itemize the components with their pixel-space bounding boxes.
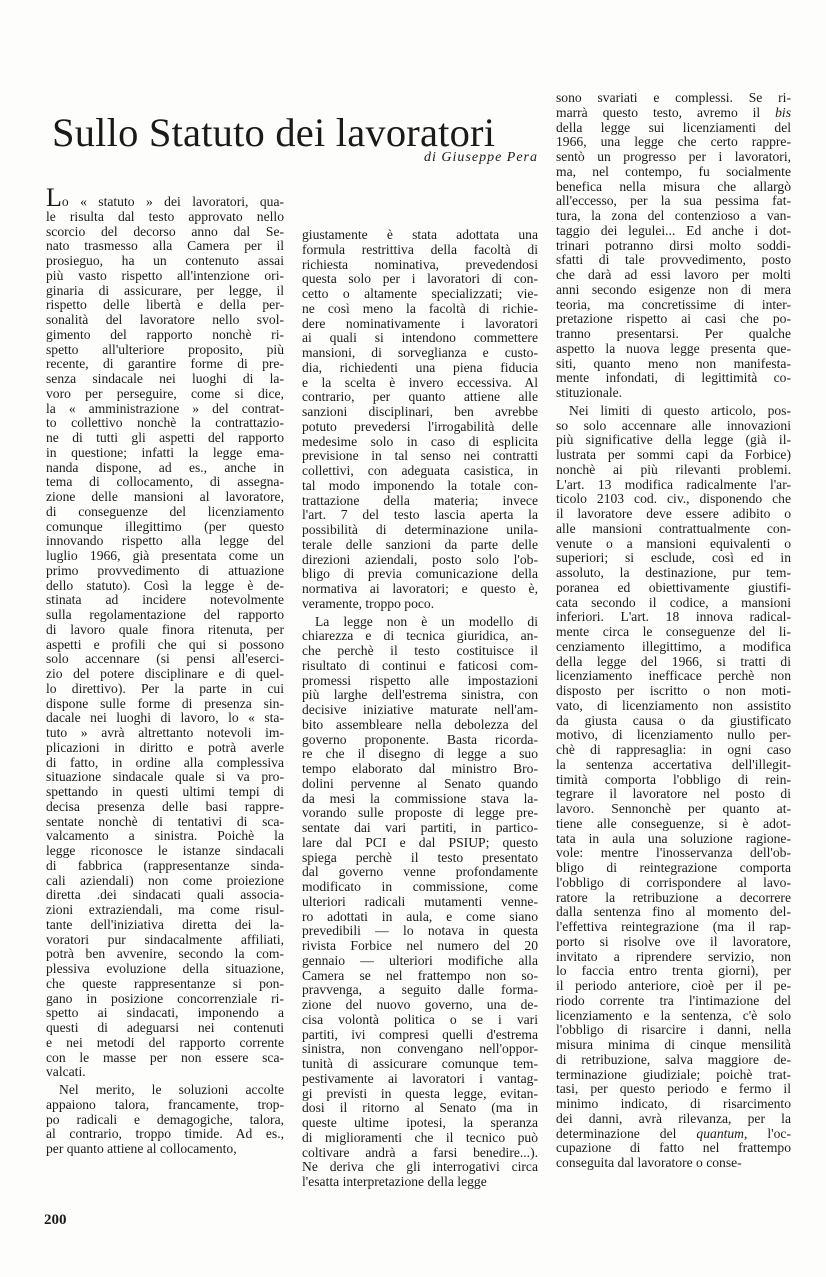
text-line: plicazioni in diritto e potrà averle [46, 741, 284, 756]
text-line: teoria, ma concretissime di inter- [556, 298, 791, 313]
text-line: le risulta dal testo approvato nello [46, 210, 284, 225]
text-line: to collettivo nonchè la contrattazio- [46, 416, 284, 431]
text-line: zioni extraziendali, ma come risul- [46, 903, 284, 918]
text-line: pretazione rispetto ai casi che po- [556, 312, 791, 327]
text-line: ratore la retribuzione a decorrere [556, 891, 791, 906]
text-line: giustamente è stata adottata una [302, 228, 538, 243]
text-line: ulteriori radicali mutamenti venne- [302, 895, 538, 910]
text-line: re che il disegno di legge a suo [302, 747, 538, 762]
paragraph: Nel merito, le soluzioni accolteappaiono… [46, 1083, 284, 1157]
text-line: e la scelta è invero eccessiva. Al [302, 376, 538, 391]
text-line: spiega perchè il testo presentato [302, 851, 538, 866]
text-line: bligo di previa comunicazione della [302, 567, 538, 582]
text-line: lo direttivo). Per la parte in cui [46, 682, 284, 697]
text-line: voro per perseguire, come si dice, [46, 387, 284, 402]
paragraph: La legge non è un modello dichiarezza e … [302, 615, 538, 1190]
text-line: pravvenga, a seguito dalle forma- [302, 983, 538, 998]
text-line: sulla regolamentazione del rapporto [46, 608, 284, 623]
text-line: solo accennare (si pensi all'eserci- [46, 652, 284, 667]
text-line: lare dal PCI e dal PSIUP; questo [302, 836, 538, 851]
text-line: tiene alle conseguenze, si è adot- [556, 817, 791, 832]
text-line: nonchè ai più rilevanti problemi. [556, 463, 791, 478]
text-line: misura minima di cinque mensilità [556, 1038, 791, 1053]
text-line: di lavoro quale finora ritenuta, per [46, 623, 284, 638]
text-line: vorando sulle proposte di legge pre- [302, 806, 538, 821]
text-line: questa solo per i lavoratori di con- [302, 272, 538, 287]
text-line: stinata ad incidere notevolmente [46, 593, 284, 608]
text-line: risultato di continui e faticosi com- [302, 659, 538, 674]
text-line: richiesta nominativa, prevedendosi [302, 258, 538, 273]
text-line: tante dell'iniziativa diretta dei la- [46, 918, 284, 933]
text-line: da giusta causa o da giustificato [556, 714, 791, 729]
article-column-2: giustamente è stata adottata unaformula … [302, 228, 538, 1190]
text-line: gennaio — ulteriori modifiche alla [302, 954, 538, 969]
text-line: modificato in commissione, come [302, 880, 538, 895]
text-line: licenziamento e la sentenza, c'è solo [556, 1009, 791, 1024]
text-line: La legge non è un modello di [302, 615, 538, 630]
text-line: legge riconosce le istanze sindacali [46, 844, 284, 859]
text-line: più significative della legge (già il- [556, 433, 791, 448]
text-line: ai quali si intendono commettere [302, 331, 538, 346]
text-line: determinazione del quantum, l'oc- [556, 1127, 791, 1142]
text-line: cisa volontà politica o se i vari [302, 1013, 538, 1028]
text-line: partiti, ivi compresi quelli d'estrema [302, 1028, 538, 1043]
text-line: promessi rispetto alle impostazioni [302, 674, 538, 689]
text-line: contrario, per quanto attiene alle [302, 390, 538, 405]
text-line: con le masse per non essere sca- [46, 1051, 284, 1066]
text-line: spetto all'ulteriore proposito, più [46, 343, 284, 358]
text-line: decisive iniziative maturate nell'am- [302, 703, 538, 718]
text-line: governo proponente. Basta ricorda- [302, 733, 538, 748]
text-line: Ne deriva che gli interrogativi circa [302, 1160, 538, 1175]
text-line: per quanto attiene al collocamento, [46, 1142, 284, 1157]
text-line: della legge del 1966, si tratti di [556, 655, 791, 670]
text-line: riodo corrente tra l'intimazione del [556, 994, 791, 1009]
text-line: gimento del rapporto nonchè ri- [46, 328, 284, 343]
text-line: prosieguo, ha un contenuto assai [46, 254, 284, 269]
article-column-3: sono svariati e complessi. Se ri-marrà q… [556, 91, 791, 1171]
text-line: dispone sulle forme di presenza sin- [46, 697, 284, 712]
paragraph: giustamente è stata adottata unaformula … [302, 228, 538, 612]
text-line: chè di rappresaglia: in ogni caso [556, 743, 791, 758]
text-line: spetto ai sindacati, imponendo a [46, 1006, 284, 1021]
text-line: lavoro. Sennonchè per quanto at- [556, 802, 791, 817]
text-line: situazione sindacale quale si va pro- [46, 770, 284, 785]
text-line: alle mansioni contrattualmente con- [556, 522, 791, 537]
text-line: inferiori. L'art. 18 innova radical- [556, 610, 791, 625]
text-line: scorcio del decorso anno dal Se- [46, 225, 284, 240]
text-line: rivista Forbice nel numero del 20 [302, 939, 538, 954]
text-line: zione del nuovo governo, una de- [302, 998, 538, 1013]
text-line: di conseguenze del licenziamento [46, 505, 284, 520]
text-line: normativa ai lavoratori; e questo è, [302, 582, 538, 597]
text-line: aspetto la nuova legge presenta que- [556, 342, 791, 357]
text-line: tal modo imponendo la totale con- [302, 479, 538, 494]
text-line: invitato a riprendere servizio, non [556, 950, 791, 965]
text-line: di fatto, in ordine alla complessiva [46, 756, 284, 771]
text-line: so solo accennare alle innovazioni [556, 419, 791, 434]
text-line: ticolo 2103 cod. civ., disponendo che [556, 492, 791, 507]
text-line: che queste rappresentanze si pon- [46, 977, 284, 992]
text-line: della legge sui licenziamenti del [556, 121, 791, 136]
text-line: po radicali e demagogiche, talora, [46, 1113, 284, 1128]
text-line: anni secondo esigenze non di mera [556, 283, 791, 298]
text-line: previsione in tal senso nei contratti [302, 449, 538, 464]
text-line: comunque illegittimo (per questo [46, 520, 284, 535]
text-line: motivo, di licenziamento nullo per- [556, 728, 791, 743]
text-line: il lavoratore deve essere adibito o [556, 507, 791, 522]
text-line: tura, la zona del contenzioso a van- [556, 209, 791, 224]
text-line: trinari potranno dirsi molto soddi- [556, 239, 791, 254]
text-line: poranea ed obiettivamente giustifi- [556, 581, 791, 596]
paragraph: Lo « statuto » dei lavoratori, qua-le ri… [46, 191, 284, 1080]
text-line: sinistra, non convengano nell'oppor- [302, 1042, 538, 1057]
text-line: zio del potere disciplinare e di quel- [46, 667, 284, 682]
text-line: tegrare il lavoratore nel posto di [556, 787, 791, 802]
text-line: dia, richiedenti una piena fiducia [302, 361, 538, 376]
text-line: cali aziendali) non come proiezione [46, 874, 284, 889]
text-line: da mesi la commissione stava la- [302, 792, 538, 807]
paragraph: Nei limiti di questo articolo, pos-so so… [556, 404, 791, 1171]
text-line: nato trasmesso alla Camera per il [46, 239, 284, 254]
text-line: di retribuzione, salva maggiore de- [556, 1053, 791, 1068]
text-line: mansioni, di sorveglianza e custo- [302, 346, 538, 361]
article-column-1: Lo « statuto » dei lavoratori, qua-le ri… [46, 191, 284, 1157]
text-line: appaiono talora, francamente, trop- [46, 1098, 284, 1113]
text-line: dere nominativamente i lavoratori [302, 317, 538, 332]
text-line: il periodo anteriore, cioè per il pe- [556, 979, 791, 994]
text-line: Lo « statuto » dei lavoratori, qua- [46, 191, 284, 210]
text-line: tranno presentarsi. Per qualche [556, 327, 791, 342]
text-line: bito assembleare nella debolezza del [302, 718, 538, 733]
text-line: medesime solo in caso di esplicita [302, 435, 538, 450]
text-line: spettando in questi ultimi tempi di [46, 785, 284, 800]
text-line: zione delle mansioni al lavoratore, [46, 490, 284, 505]
text-line: sanzioni disciplinari, ben avrebbe [302, 405, 538, 420]
text-line: sono svariati e complessi. Se ri- [556, 91, 791, 106]
text-line: cupazione di fatto nel frattempo [556, 1141, 791, 1156]
text-line: direzioni aziendali, posto solo l'ob- [302, 553, 538, 568]
text-line: terminazione giudiziale; poichè trat- [556, 1068, 791, 1083]
text-line: L'art. 13 modifica radicalmente l'ar- [556, 478, 791, 493]
text-line: queste ultime ipotesi, la speranza [302, 1116, 538, 1131]
text-line: stituzionale. [556, 386, 791, 401]
text-line: gi previsti in questa legge, evitan- [302, 1087, 538, 1102]
text-line: dalla sentenza fino al momento del- [556, 905, 791, 920]
text-line: Camera se nel frattempo non so- [302, 969, 538, 984]
text-line: ro adottati in aula, e come siano [302, 910, 538, 925]
text-line: siti, quanto meno non manifesta- [556, 357, 791, 372]
text-line: lustrata per sommi capi da Forbice) [556, 448, 791, 463]
text-line: decisa presenza delle basi rappre- [46, 800, 284, 815]
article-byline: di Giuseppe Pera [380, 150, 538, 166]
text-line: primo provvedimento di attuazione [46, 564, 284, 579]
text-line: tasi, per questo periodo e fermo il [556, 1082, 791, 1097]
text-line: possibilità di determinazione unila- [302, 523, 538, 538]
text-line: vato, di licenziamento non assistito [556, 699, 791, 714]
text-line: coltivare andrà a farsi benedire...). [302, 1146, 538, 1161]
text-line: diretta .dei sindacati quali associa- [46, 888, 284, 903]
text-line: l'art. 7 del testo lascia aperta la [302, 508, 538, 523]
text-line: terale delle sanzioni da parte delle [302, 538, 538, 553]
text-line: la sentenza accertativa dell'illegit- [556, 758, 791, 773]
text-line: tunità di assicurare comunque tem- [302, 1057, 538, 1072]
text-line: l'effettiva reintegrazione (ma il rap- [556, 920, 791, 935]
text-line: che darà ad essi lavoro per molti [556, 268, 791, 283]
text-line: ne così meno la facoltà di richie- [302, 302, 538, 317]
page-number: 200 [44, 1212, 67, 1229]
text-line: valcati. [46, 1065, 284, 1080]
text-line: 1966, una legge che certo rappre- [556, 135, 791, 150]
text-line: innovando rispetto alla legge del [46, 534, 284, 549]
text-line: rispetto delle libertà e della per- [46, 298, 284, 313]
text-line: cetto o altamente specializzati; vie- [302, 287, 538, 302]
text-line: valcamento a sinistra. Poichè la [46, 829, 284, 844]
text-line: conseguita dal lavoratore o conse- [556, 1156, 791, 1171]
text-line: l'esatta interpretazione della legge [302, 1175, 538, 1190]
text-line: dei danni, avrà rilevanza, per la [556, 1112, 791, 1127]
text-line: potuto prevedersi l'irrogabilità delle [302, 420, 538, 435]
text-line: voratori pur sindacalmente affiliati, [46, 933, 284, 948]
text-line: lo faccia entro trenta giorni), per [556, 964, 791, 979]
text-line: sentate nonchè di tentativi di sca- [46, 815, 284, 830]
text-line: cenziamento illegittimo, a modifica [556, 640, 791, 655]
text-line: Nei limiti di questo articolo, pos- [556, 404, 791, 419]
drop-cap: L [46, 183, 62, 212]
text-line: che perchè il testo costituisce il [302, 644, 538, 659]
text-line: disposto per iscritto o non moti- [556, 684, 791, 699]
text-line: pestivamente ai lavoratori i vantag- [302, 1072, 538, 1087]
text-line: l'obbligo di risarcire i danni, nella [556, 1023, 791, 1038]
text-line: senza sindacale nei luoghi di la- [46, 372, 284, 387]
text-line: chiarezza e di tecnica giuridica, an- [302, 629, 538, 644]
text-line: sentate dai vari partiti, in partico- [302, 821, 538, 836]
text-line: cata secondo il codice, a mansioni [556, 596, 791, 611]
text-line: dosi il ritorno al Senato (ma in [302, 1101, 538, 1116]
text-line: plessiva evoluzione della situazione, [46, 962, 284, 977]
text-line: minimo indicato, di risarcimento [556, 1097, 791, 1112]
text-line: di fabbrica (rappresentanze sinda- [46, 859, 284, 874]
text-line: in questione; infatti la legge ema- [46, 446, 284, 461]
text-line: più larghe dell'estrema sinistra, con [302, 688, 538, 703]
text-line: ne di tutti gli aspetti del rapporto [46, 431, 284, 446]
text-line: questi di adeguarsi nei contenuti [46, 1021, 284, 1036]
text-line: sonalità del lavoratore nello svol- [46, 313, 284, 328]
text-line: potrà ben avvenire, secondo la com- [46, 947, 284, 962]
text-line: mente infondati, di legittimità co- [556, 371, 791, 386]
text-line: di miglioramenti che il tecnico può [302, 1131, 538, 1146]
text-line: prevedibili — lo notava in questa [302, 924, 538, 939]
text-line: tempo elaborato dal ministro Bro- [302, 762, 538, 777]
text-line: benefica nella misura che allargò [556, 180, 791, 195]
text-line: la « amministrazione » del contrat- [46, 402, 284, 417]
text-line: Nel merito, le soluzioni accolte [46, 1083, 284, 1098]
text-line: dacale nei luoghi di lavoro, lo « sta- [46, 711, 284, 726]
text-line: dello statuto). Così la legge è de- [46, 579, 284, 594]
text-line: tata in aula una soluzione ragione- [556, 832, 791, 847]
text-line: vole: mentre l'inosservanza dell'ob- [556, 846, 791, 861]
text-line: al contrario, troppo timide. Ad es., [46, 1127, 284, 1142]
text-line: assoluto, la destinazione, pur tem- [556, 566, 791, 581]
text-line: taggio dei legulei... Ed anche i dot- [556, 224, 791, 239]
text-line: timità comporta l'obbligo di rein- [556, 773, 791, 788]
paragraph: sono svariati e complessi. Se ri-marrà q… [556, 91, 791, 401]
text-line: ma, nel contempo, fu socialmente [556, 165, 791, 180]
text-line: collettivi, con adeguata casistica, in [302, 464, 538, 479]
text-line: dal governo venne profondamente [302, 865, 538, 880]
text-line: e nei metodi del rapporto corrente [46, 1036, 284, 1051]
text-line: sfatti di tale provvedimento, posto [556, 253, 791, 268]
text-line: bligo di reintegrazione comporta [556, 861, 791, 876]
text-line: porto si risolve ove il lavoratore, [556, 935, 791, 950]
text-line: veramente, troppo poco. [302, 597, 538, 612]
text-line: ginaria di assicurare, per legge, il [46, 284, 284, 299]
text-line: tema di collocamento, di assegna- [46, 475, 284, 490]
text-line: superiori; si esclude, così ed in [556, 551, 791, 566]
text-line: aspetti e profili che qui si possono [46, 638, 284, 653]
text-line: gano in posizione concorrenziale ri- [46, 992, 284, 1007]
text-line: licenziamento inefficace perchè non [556, 669, 791, 684]
text-line: recente, di garantire forme di pre- [46, 357, 284, 372]
text-line: venute o a mansioni equivalenti o [556, 537, 791, 552]
text-line: l'obbligo di corrispondere al lavo- [556, 876, 791, 891]
text-line: marrà questo testo, avremo il bis [556, 106, 791, 121]
text-line: trattazione della materia; invece [302, 494, 538, 509]
text-line: tuto » avrà altrettanto notevoli im- [46, 726, 284, 741]
text-line: nanda dispone, ad es., anche in [46, 461, 284, 476]
text-line: formula restrittiva della facoltà di [302, 243, 538, 258]
text-line: luglio 1966, già presentata come un [46, 549, 284, 564]
text-line: mente circa le conseguenze del li- [556, 625, 791, 640]
text-line: dolini pervenne al Senato quando [302, 777, 538, 792]
text-line: all'eccesso, per la sua pessima fat- [556, 194, 791, 209]
text-line: sentò un progresso per i lavoratori, [556, 150, 791, 165]
text-line: più vasto rispetto all'intenzione ori- [46, 269, 284, 284]
